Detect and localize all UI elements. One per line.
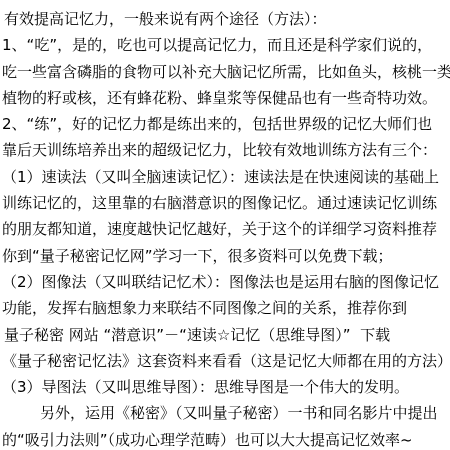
text-line: 另外，运用《秘密》（又叫量子秘密）一书和同名影片中提出 (2, 400, 450, 426)
text-line: 植物的籽或核，还有蜂花粉、蜂皇浆等保健品也有一些奇特功效。 (2, 85, 450, 111)
text-line: 靠后天训练培养出来的超级记忆力，比较有效地训练方法有三个： (2, 137, 450, 163)
text-line: 《量子秘密记忆法》这套资料来看看（这是记忆大师都在用的方法） (2, 348, 450, 374)
text-line: 的“吸引力法则”（成功心理学范畴）也可以大大提高记忆效率~ (2, 427, 450, 450)
text-line: 1、“吃”，是的，吃也可以提高记忆力，而且还是科学家们说的， (2, 32, 450, 58)
text-line: 你到“量子秘密记忆网”学习一下，很多资料可以免费下载； (2, 243, 450, 269)
text-line: 有效提高记忆力，一般来说有两个途径（方法）： (2, 6, 450, 32)
text-line: 的朋友都知道，速度越快记忆越好，关于这个的详细学习资料推荐 (2, 216, 450, 242)
text-line: 吃一些富含磷脂的食物可以补充大脑记忆所需，比如鱼头，核桃一类 (2, 59, 450, 85)
text-line: 量子秘密 网站 “潜意识”－“速读☆记忆（思维导图）” 下载 (2, 322, 450, 348)
text-line: 功能，发挥右脑想象力来联结不同图像之间的关系，推荐你到 (2, 295, 450, 321)
text-body: 有效提高记忆力，一般来说有两个途径（方法）：1、“吃”，是的，吃也可以提高记忆力… (2, 6, 450, 450)
document-page: 有效提高记忆力，一般来说有两个途径（方法）：1、“吃”，是的，吃也可以提高记忆力… (0, 0, 450, 450)
text-line: （1）速读法（又叫全脑速读记忆）：速读法是在快速阅读的基础上 (2, 164, 450, 190)
text-line: 训练记忆的，这里靠的右脑潜意识的图像记忆。通过速读记忆训练 (2, 190, 450, 216)
text-line: 2、“练”，好的记忆力都是练出来的，包括世界级的记忆大师们也 (2, 111, 450, 137)
text-line: （3）导图法（又叫思维导图）：思维导图是一个伟大的发明。 (2, 374, 450, 400)
text-line: （2）图像法（又叫联结记忆术）：图像法也是运用右脑的图像记忆 (2, 269, 450, 295)
